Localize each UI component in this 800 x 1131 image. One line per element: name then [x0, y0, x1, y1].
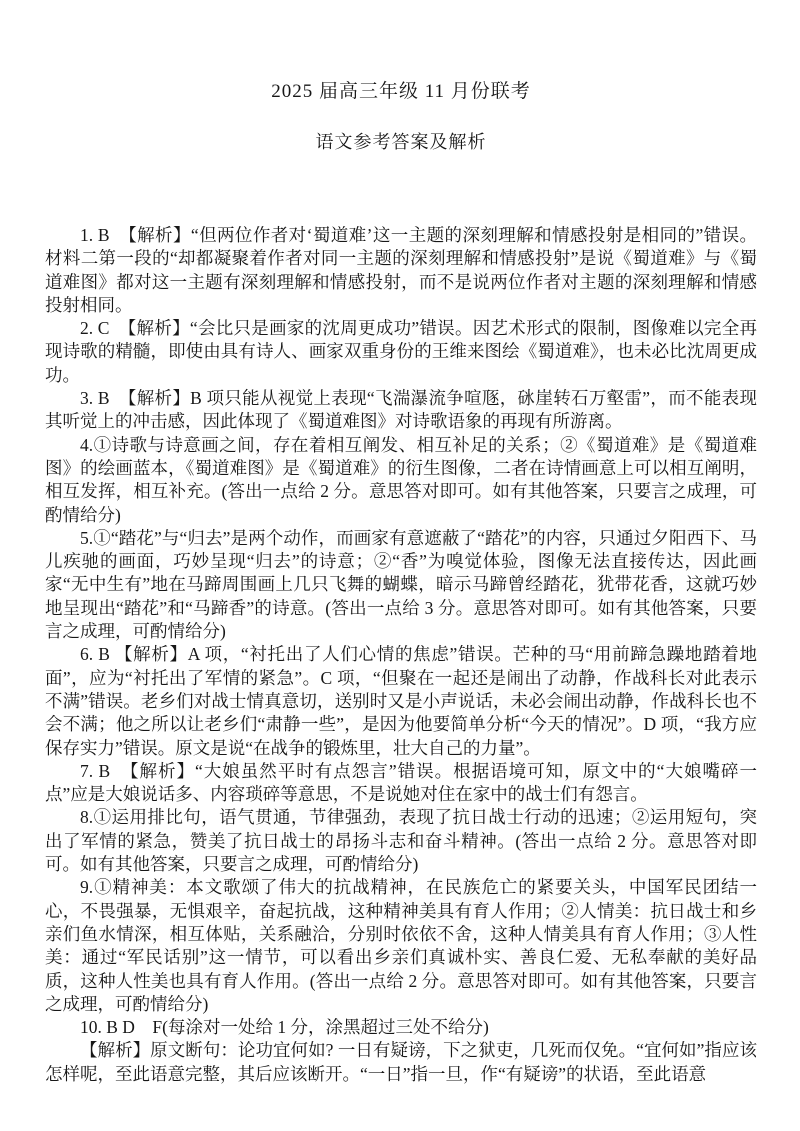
answer-item-1: 1. B 【解析】“但两位作者对‘蜀道难’这一主题的深刻理解和情感投射是相同的”…	[45, 224, 757, 317]
answer-key-content: 1. B 【解析】“但两位作者对‘蜀道难’这一主题的深刻理解和情感投射是相同的”…	[45, 224, 757, 1086]
answer-item-5: 5.①“踏花”与“归去”是两个动作，而画家有意遮蔽了“踏花”的内容，只通过夕阳西…	[45, 527, 757, 643]
answer-item-8: 8.①运用排比句，语气贯通，节律强劲，表现了抗日战士行动的迅速；②运用短句，突出…	[45, 806, 757, 876]
exam-answer-page: 2025 届高三年级 11 月份联考 语文参考答案及解析 1. B 【解析】“但…	[0, 0, 800, 1131]
answer-item-7: 7. B 【解析】“大娘虽然平时有点怨言”错误。根据语境可知，原文中的“大娘嘴碎…	[45, 760, 757, 807]
answer-item-9: 9.①精神美：本文歌颂了伟大的抗战精神，在民族危亡的紧要关头，中国军民团结一心，…	[45, 876, 757, 1016]
answer-item-4: 4.①诗歌与诗意画之间，存在着相互阐发、相互补足的关系；②《蜀道难》是《蜀道难图…	[45, 434, 757, 527]
doc-title: 2025 届高三年级 11 月份联考	[45, 76, 757, 103]
answer-item-6: 6. B 【解析】A 项，“衬托出了人们心情的焦虑”错误。芒种的马“用前蹄急躁地…	[45, 643, 757, 759]
doc-subtitle: 语文参考答案及解析	[45, 128, 757, 154]
answer-item-10-explanation: 【解析】原文断句：论功宜何如? 一日有疑谤，下之狱吏，几死而仅免。“宜何如”指应…	[45, 1039, 757, 1086]
answer-item-3: 3. B 【解析】B 项只能从视觉上表现“飞湍瀑流争喧豗，砯崖转石万壑雷”，而不…	[45, 387, 757, 434]
answer-item-2: 2. C 【解析】“会比只是画家的沈周更成功”错误。因艺术形式的限制，图像难以完…	[45, 317, 757, 387]
answer-item-10: 10. B D F(每涂对一处给 1 分，涂黑超过三处不给分)	[45, 1016, 757, 1039]
